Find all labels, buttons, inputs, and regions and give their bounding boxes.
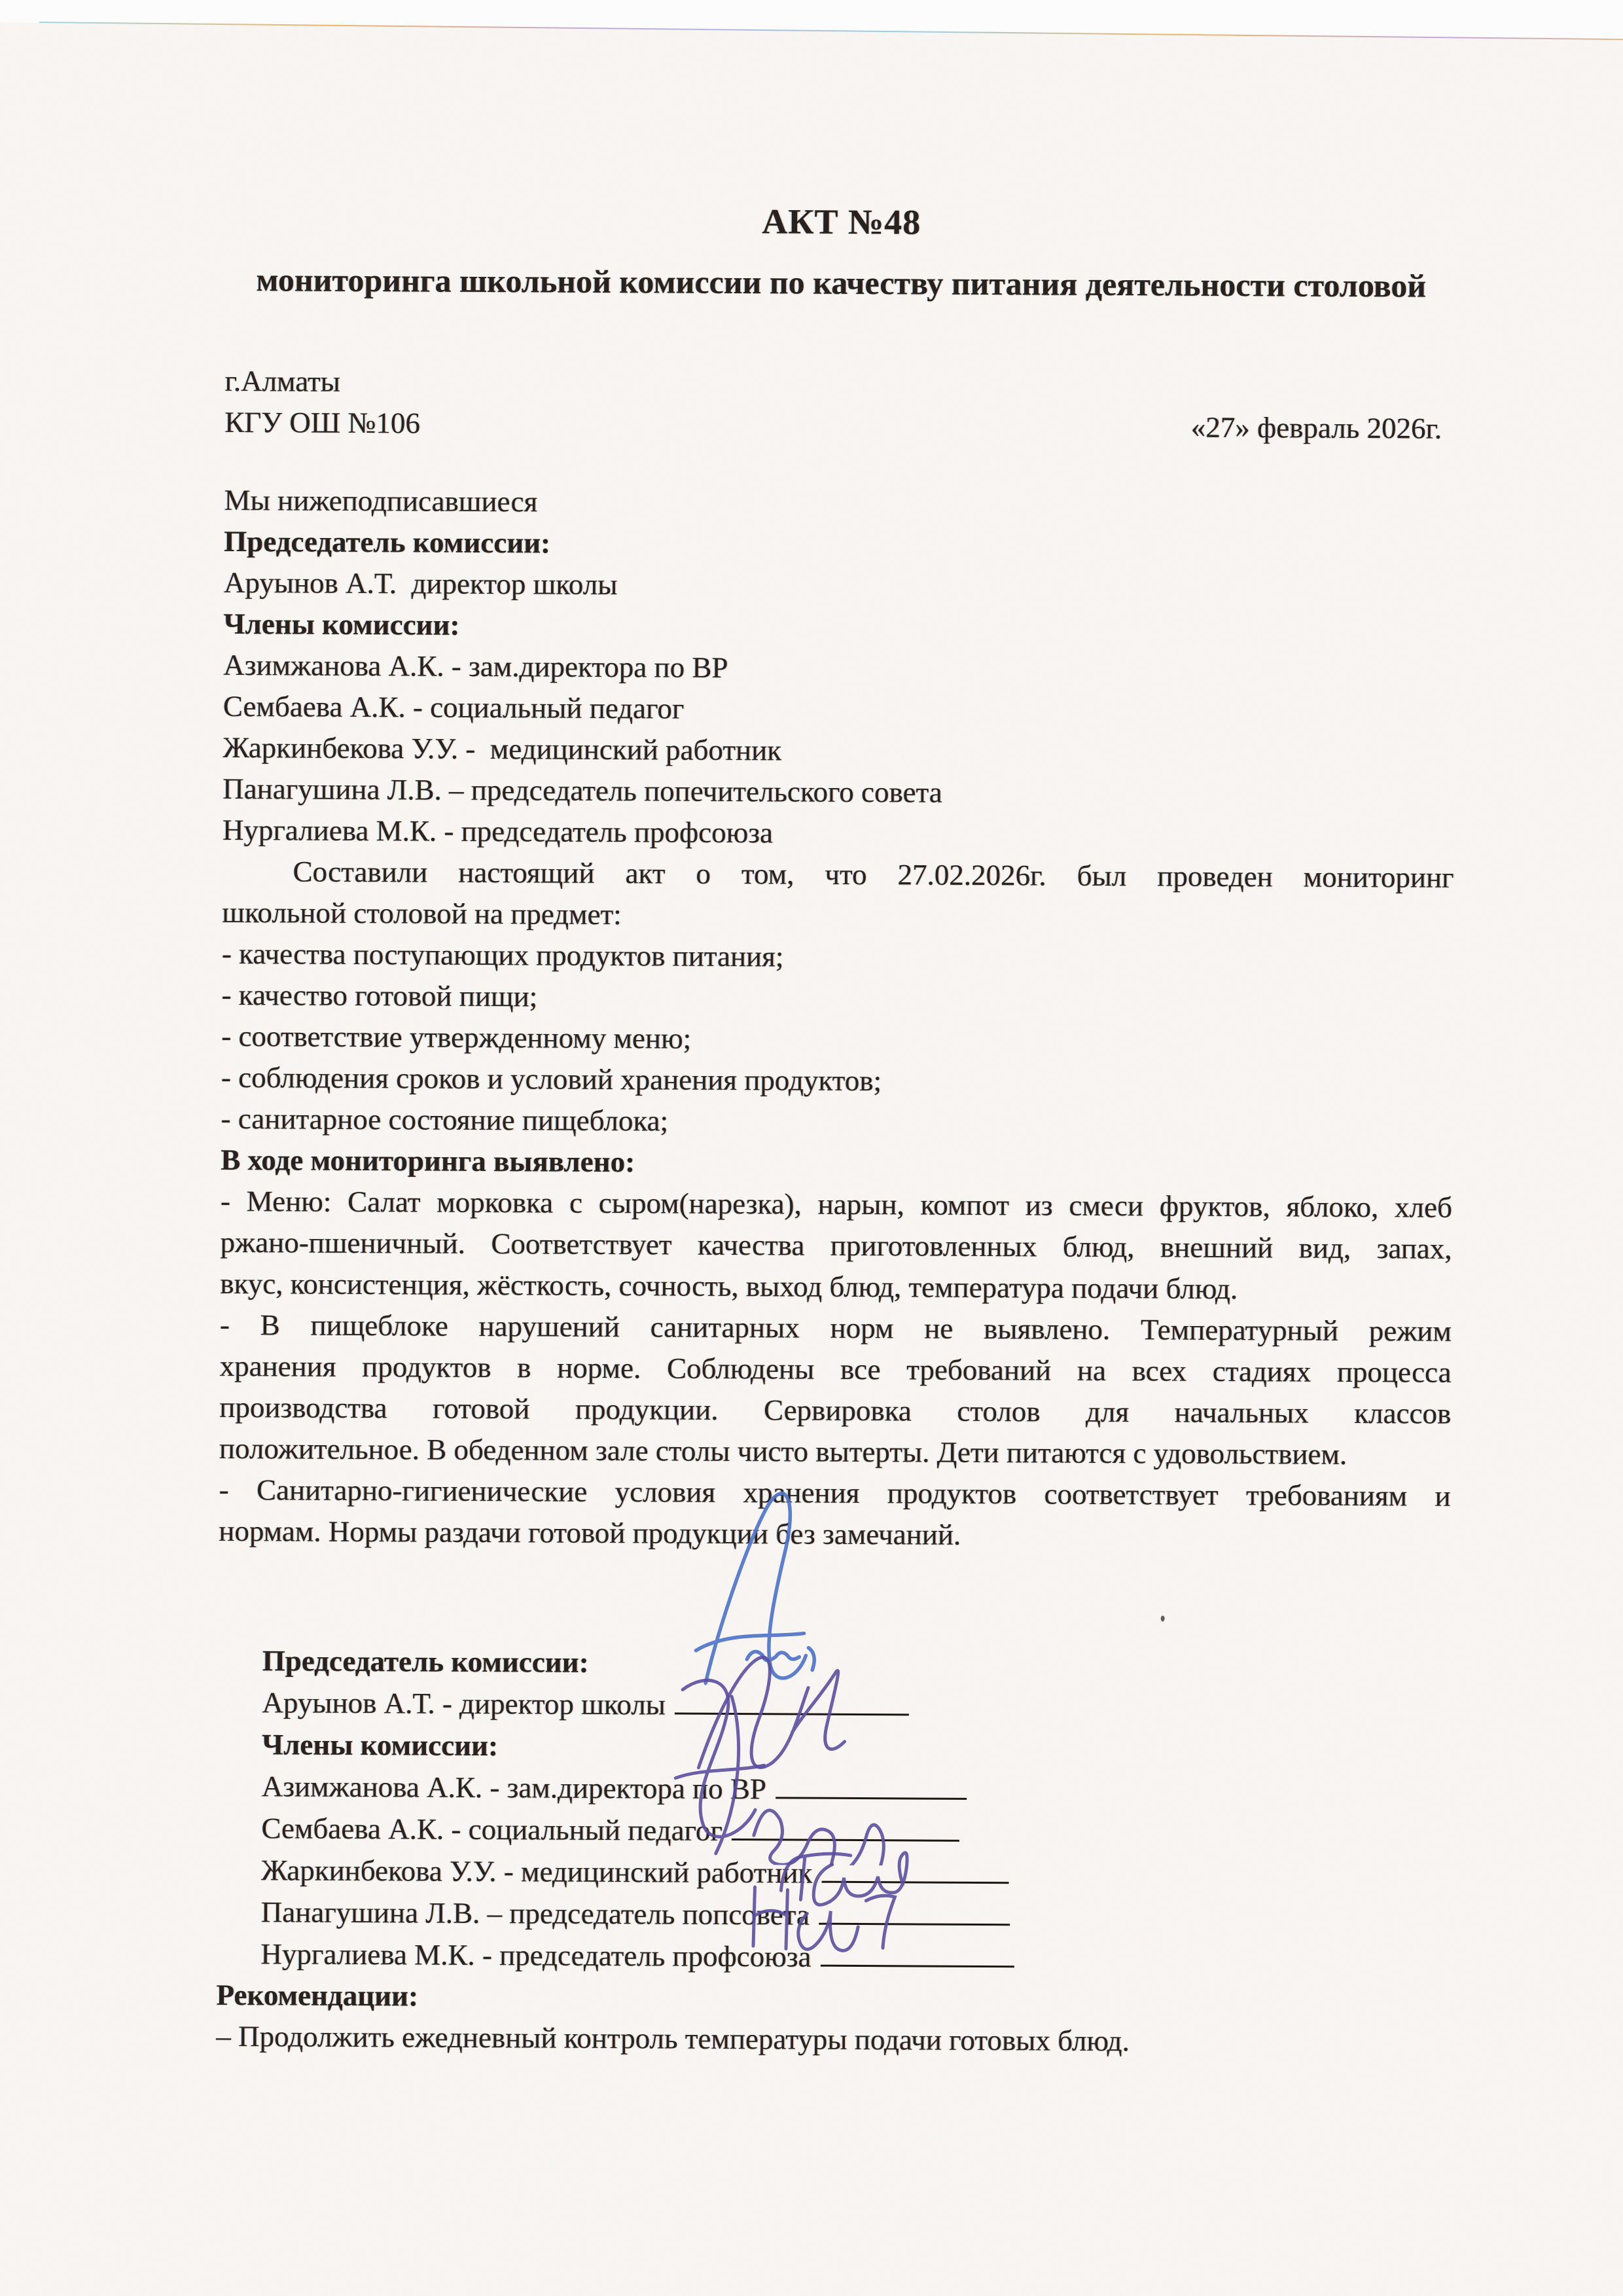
subject-line: - санитарное состояние пищеблока; xyxy=(221,1098,1452,1146)
member-line: Азимжанова А.К. - зам.директора по ВР xyxy=(223,645,1455,692)
members-heading: Члены комиссии: xyxy=(223,603,1455,651)
ink-dot-artifact xyxy=(1161,1615,1165,1621)
act-paragraph-line: школьной столовой на предмет: xyxy=(222,892,1454,940)
member-line: Жаркинбекова У.У. - медицинский работник xyxy=(223,727,1454,775)
finding-line: ржано-пшеничный. Соответствует качества … xyxy=(220,1222,1452,1270)
subject-line: - качество готовой пищи; xyxy=(221,975,1453,1022)
school-name: КГУ ОШ №106 xyxy=(224,402,420,444)
member-line: Панагушина Л.В. – председатель попечител… xyxy=(223,768,1454,816)
signature-row-member: Азимжанова А.К. - зам.директора по ВР xyxy=(217,1723,1449,1772)
finding-line: - Меню: Салат морковка с сыром(нарезка),… xyxy=(221,1181,1452,1229)
member-line: Сембаева А.К. - социальный педагог xyxy=(223,686,1455,734)
act-paragraph-line: Составили настоящий акт о том, что 27.02… xyxy=(222,851,1454,899)
finding-line: производства готовой продукции. Сервиров… xyxy=(219,1387,1451,1435)
signature-row-member: Панагушина Л.В. – председатель попсовета xyxy=(217,1849,1448,1897)
signature-chairman-heading: Председатель комиссии: xyxy=(218,1598,1450,1646)
chairman-name: Аруынов А.Т. директор школы xyxy=(224,562,1455,610)
signature-row-member: Нургалиева М.К. - председатель профсоюза xyxy=(217,1891,1448,1939)
findings-heading: В ходе мониторинга выявлено: xyxy=(221,1139,1452,1187)
signature-row-member: Сембаева А.К. - социальный педагог xyxy=(217,1765,1449,1814)
subject-line: - соответствие утвержденному меню; xyxy=(221,1016,1453,1064)
act-subtitle: мониторинга школьной комиссии по качеств… xyxy=(225,259,1457,307)
finding-line: - В пищеблоке нарушений санитарных норм … xyxy=(220,1304,1452,1352)
signature-row-chairman: Аруынов А.Т. - директор школы xyxy=(218,1640,1450,1688)
act-title: АКТ №48 xyxy=(226,196,1457,248)
finding-line: вкус, консистенция, жёсткость, сочность,… xyxy=(220,1263,1452,1311)
signature-members-heading: Члены комиссии: xyxy=(218,1681,1450,1730)
finding-line: - Санитарно-гигиенические условия хранен… xyxy=(219,1469,1450,1517)
subject-line: - соблюдения сроков и условий хранения п… xyxy=(221,1057,1453,1105)
scanned-document-page: АКТ №48 мониторинга школьной комиссии по… xyxy=(0,0,1623,2296)
signature-row-label: Нургалиева М.К. - председатель профсоюза xyxy=(260,1937,811,1973)
subject-line: - качества поступающих продуктов питания… xyxy=(222,933,1454,981)
city-line: г.Алматы xyxy=(224,361,1456,408)
recommendation-line: – Продолжить ежедневный контроль темпера… xyxy=(216,2016,1448,2064)
recommendations-heading: Рекомендации: xyxy=(216,1975,1448,2022)
finding-line: хранения продуктов в норме. Соблюдены вс… xyxy=(219,1346,1451,1393)
finding-line: нормам. Нормы раздачи готовой продукции … xyxy=(219,1511,1450,1558)
finding-line: положительное. В обеденном зале столы чи… xyxy=(219,1428,1451,1476)
member-line: Нургалиева М.К. - председатель профсоюза xyxy=(223,810,1454,857)
intro-line: Мы нижеподписавшиеся xyxy=(224,480,1455,528)
document-content: АКТ №48 мониторинга школьной комиссии по… xyxy=(0,0,1623,2064)
signature-row-member: Жаркинбекова У.У. - медицинский работник xyxy=(217,1807,1449,1856)
document-date: «27» февраль 2026г. xyxy=(1191,407,1457,450)
chairman-heading: Председатель комиссии: xyxy=(224,521,1455,569)
signature-underline xyxy=(820,1958,1014,1968)
